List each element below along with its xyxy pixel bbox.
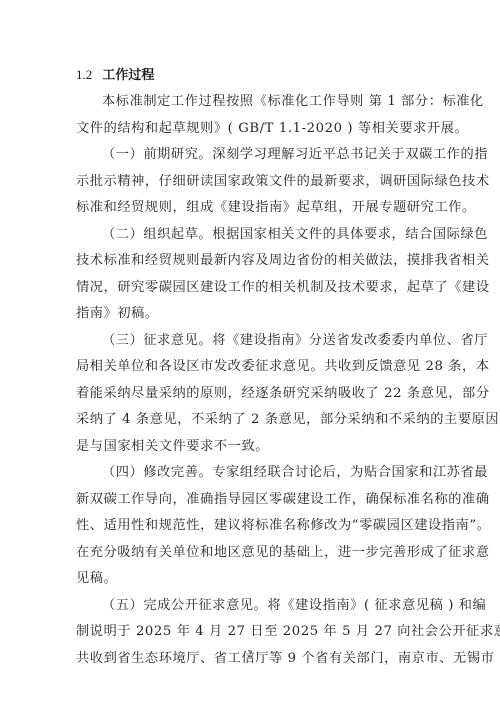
text-line: 文件的结构和起草规则》( GB/T 1.1-2020 ) 等相关要求开展。 <box>76 116 432 143</box>
text-line: 采纳了 4 条意见，不采纳了 2 条意见，部分采纳和不采纳的主要原因 <box>76 407 432 434</box>
text-line: 是与国家相关文件要求不一致。 <box>76 434 432 461</box>
text-line: 情况，研究零碳园区建设工作的相关机制及技术要求，起草了《建设 <box>76 275 432 302</box>
text-line: （五）完成公开征求意见。将《建设指南》( 征求意见稿 ) 和编 <box>76 593 432 620</box>
text-line: （二）组织起草。根据国家相关文件的具体要求，结合国际绿色 <box>76 222 432 249</box>
text-line: 制说明于 2025 年 4 月 27 日至 2025 年 5 月 27 向社会公… <box>76 619 432 646</box>
text-line: 示批示精神，仔细研读国家政策文件的最新要求，调研国际绿色技术 <box>76 169 432 196</box>
text-line: 标准和经贸规则，组成《建设指南》起草组，开展专题研究工作。 <box>76 195 432 222</box>
text-line: 技术标准和经贸规则最新内容及周边省份的相关做法，摸排我省相关 <box>76 248 432 275</box>
text-line: （一）前期研究。深刻学习理解习近平总书记关于双碳工作的指 <box>76 142 432 169</box>
text-line: （三）征求意见。将《建设指南》分送省发改委委内单位、省厅 <box>76 328 432 355</box>
page-number: 2 <box>0 649 500 660</box>
section-title: 工作过程 <box>102 68 154 83</box>
text-line: （四）修改完善。专家组经联合讨论后，为贴合国家和江苏省最 <box>76 460 432 487</box>
text-line: 局相关单位和各设区市发改委征求意见。共收到反馈意见 28 条，本 <box>76 354 432 381</box>
text-line: 着能采纳尽量采纳的原则，经逐条研究采纳吸收了 22 条意见，部分 <box>76 381 432 408</box>
text-line: 本标准制定工作过程按照《标准化工作导则 第 1 部分：标准化 <box>76 89 432 116</box>
text-line: 新双碳工作导向，准确指导园区零碳建设工作，确保标准名称的准确 <box>76 487 432 514</box>
text-line: 指南》初稿。 <box>76 301 432 328</box>
document-page: 1.2 工作过程 本标准制定工作过程按照《标准化工作导则 第 1 部分：标准化文… <box>0 0 500 707</box>
text-line: 性、适用性和规范性，建议将标准名称修改为“零碳园区建设指南”。 <box>76 513 432 540</box>
text-line: 见稿。 <box>76 566 432 593</box>
section-number: 1.2 <box>76 67 92 82</box>
text-line: 在充分吸纳有关单位和地区意见的基础上，进一步完善形成了征求意 <box>76 540 432 567</box>
document-body: 本标准制定工作过程按照《标准化工作导则 第 1 部分：标准化文件的结构和起草规则… <box>76 89 432 672</box>
section-heading: 1.2 工作过程 <box>76 64 154 83</box>
